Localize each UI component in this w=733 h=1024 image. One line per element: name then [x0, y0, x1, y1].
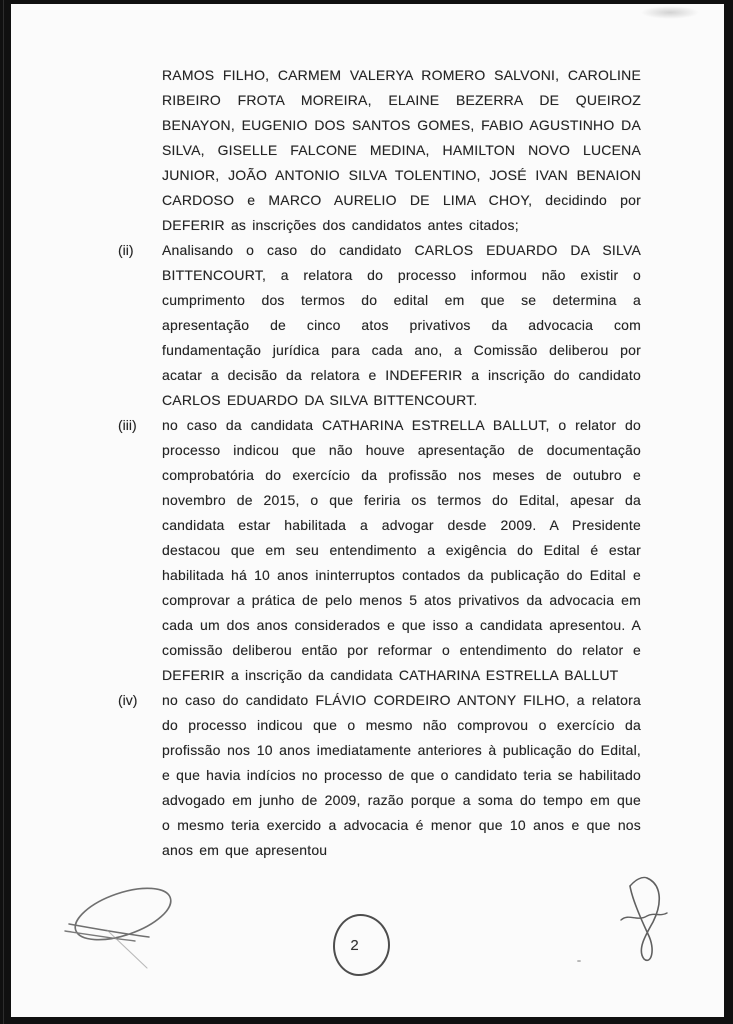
paragraph-item-iv: (iv) no caso do candidato FLÁVIO CORDEIR… — [162, 688, 641, 863]
paragraph-text: no caso da candidata CATHARINA ESTRELLA … — [162, 417, 641, 683]
document-page: RAMOS FILHO, CARMEM VALERYA ROMERO SALVO… — [11, 4, 724, 1017]
page-number-circle: 2 — [333, 914, 390, 976]
list-marker: (iv) — [118, 688, 158, 713]
signature-right — [617, 870, 679, 970]
page-content: RAMOS FILHO, CARMEM VALERYA ROMERO SALVO… — [162, 63, 641, 863]
signature-left — [55, 876, 181, 972]
paragraph-text: Analisando o caso do candidato CARLOS ED… — [162, 242, 641, 408]
scanned-document: RAMOS FILHO, CARMEM VALERYA ROMERO SALVO… — [0, 0, 733, 1024]
scan-speck — [577, 960, 581, 962]
paragraph-continuation: RAMOS FILHO, CARMEM VALERYA ROMERO SALVO… — [162, 63, 641, 238]
paragraph-text: no caso do candidato FLÁVIO CORDEIRO ANT… — [162, 692, 641, 858]
list-marker: (ii) — [118, 238, 158, 263]
list-marker: (iii) — [118, 413, 158, 438]
paragraph-text: RAMOS FILHO, CARMEM VALERYA ROMERO SALVO… — [162, 67, 641, 233]
page-number: 2 — [350, 937, 358, 954]
scan-smudge — [641, 6, 699, 19]
paragraph-item-ii: (ii) Analisando o caso do candidato CARL… — [162, 238, 641, 413]
paragraph-item-iii: (iii) no caso da candidata CATHARINA EST… — [162, 413, 641, 688]
scan-edge-artifact — [3, 0, 4, 1024]
